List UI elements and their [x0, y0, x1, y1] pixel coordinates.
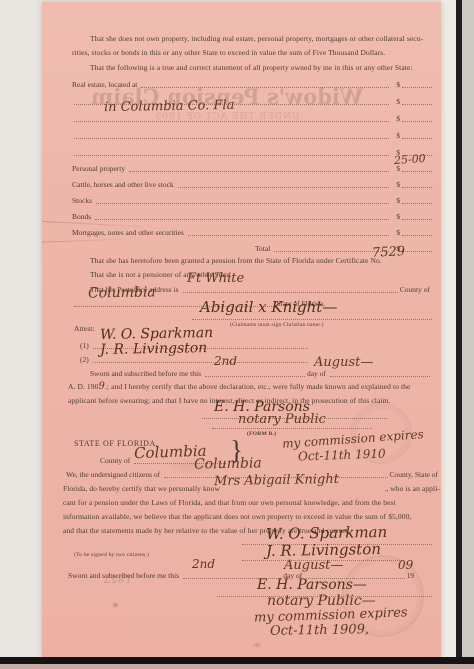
scan-background-right — [462, 0, 474, 669]
dollar-sign: $ — [391, 131, 402, 140]
dot-leader — [402, 249, 432, 252]
dot-leader — [74, 119, 389, 122]
row-label: Personal property — [72, 164, 127, 173]
day-of-label: day of — [307, 369, 328, 378]
dot-leader — [205, 374, 305, 377]
property-row-blank: $ — [72, 130, 432, 140]
dot-leader — [93, 360, 308, 363]
dot-leader — [330, 374, 430, 377]
dot-leader — [402, 119, 432, 122]
sworn-prefix: Sworn and subscribed before me this — [90, 369, 203, 378]
handwritten-location: in Columbia Co. Fla — [104, 98, 235, 115]
ad-prefix: A. D. 190 — [68, 382, 98, 391]
dollar-sign: $ — [391, 80, 402, 89]
citizens-suffix: County, State of — [390, 470, 440, 479]
handwritten-citizens-county: Columbia — [194, 455, 262, 472]
property-row-personal: Personal property $ — [72, 163, 432, 173]
dot-leader — [402, 136, 432, 139]
pension-form-page: Widow's Pension Claim UNDER THE ACT OF 1… — [42, 2, 441, 657]
ad-rest: .; and I hereby certify that the above d… — [105, 382, 411, 391]
county-of-label: County of — [400, 285, 432, 294]
row-label: Stocks — [72, 196, 94, 205]
dot-leader — [402, 233, 432, 236]
citizens-line-3: cant for a pension under the Laws of Flo… — [63, 498, 396, 507]
citizens-prefix: We, the undersigned citizens of — [66, 470, 162, 479]
handwritten-applicant-name: Mrs Abigail Knight — [214, 472, 339, 489]
handwritten-day: 2nd — [214, 354, 237, 368]
dot-leader — [402, 169, 432, 172]
intro-line-3: That the following is a true and correct… — [90, 63, 413, 72]
dot-leader — [402, 217, 432, 220]
granted-pension-line: That she has heretofore been granted a p… — [90, 256, 382, 265]
scan-bottom-strip — [0, 664, 474, 669]
handwritten-day-2: 2nd — [192, 557, 215, 571]
paper-stain — [112, 602, 119, 608]
notary-title-line — [212, 426, 372, 429]
dollar-sign: $ — [391, 212, 402, 221]
dot-leader — [74, 153, 389, 156]
handwritten-postoffice: Ft White — [187, 271, 244, 286]
notary-signature-2: E. H. Parsons— — [257, 577, 367, 593]
row-label: Bonds — [72, 212, 93, 221]
property-row-real-estate: Real estate, located at $ — [72, 79, 432, 89]
county-label: County of — [100, 456, 132, 465]
dot-leader — [95, 217, 389, 220]
dot-leader — [402, 185, 432, 188]
dollar-sign: $ — [391, 180, 402, 189]
two-citizens-note: (To be signed by two citizens.) — [74, 551, 149, 560]
handwritten-certificate-no: 7529 — [372, 244, 406, 261]
handwritten-month: August— — [314, 355, 373, 370]
signature-note: (Claimants must sign Christian name.) — [230, 321, 324, 330]
intro-line-1: That she does not own property, includin… — [90, 34, 423, 43]
row-label: Mortgages, notes and other securities — [72, 228, 186, 237]
handwritten-month-2: August— — [284, 558, 343, 573]
year-printed: 19 — [407, 571, 417, 580]
form-b-label: (FORM B.) — [247, 430, 276, 439]
dot-leader — [402, 201, 432, 204]
handwritten-county: Columbia — [88, 284, 156, 301]
paper-stain — [252, 642, 262, 648]
dot-leader — [129, 169, 389, 172]
property-row-blank: $ — [72, 147, 432, 157]
ad-line-1: A. D. 1909.; and I hereby certify that t… — [68, 382, 410, 391]
paper-edge-strip — [441, 0, 456, 669]
property-row-stocks: Stocks $ — [72, 195, 432, 205]
dot-leader — [183, 290, 398, 293]
row-label: Total — [255, 244, 272, 253]
dot-leader — [141, 85, 389, 88]
witness-number: (1) — [80, 341, 91, 350]
dollar-sign: $ — [391, 114, 402, 123]
intro-line-2: rities, stocks or bonds in this or any o… — [72, 48, 385, 57]
sworn-row-1: Sworn and subscribed before me this day … — [90, 368, 432, 378]
citizen-signature-2: J. R. Livingston — [266, 540, 381, 560]
dot-leader — [402, 102, 432, 105]
signature-line — [192, 317, 432, 320]
notary-title-1: notary Public — [238, 412, 326, 427]
property-row-total: Total $ — [255, 243, 432, 253]
scan-bottom-band — [0, 657, 474, 664]
commission-date-2: Oct-11th 1909, — [270, 622, 369, 639]
know-suffix: ., who is an appli- — [384, 484, 440, 493]
property-row-mortgages: Mortgages, notes and other securities $ — [72, 227, 432, 237]
dot-leader — [178, 185, 390, 188]
row-label: Real estate, located at — [72, 80, 139, 89]
row-label: Cattle, horses and other live stock — [72, 180, 176, 189]
property-row-cattle: Cattle, horses and other live stock $ — [72, 179, 432, 189]
dollar-sign: $ — [391, 97, 402, 106]
witness-signature-2: J. R. Livingston — [100, 340, 208, 358]
dot-leader — [74, 136, 389, 139]
handwritten-amount: 25-00 — [394, 152, 427, 167]
scanned-document-photo: Widow's Pension Claim UNDER THE ACT OF 1… — [0, 0, 474, 669]
citizens-line-4: information available, we believe that t… — [63, 512, 411, 521]
applicant-signature: Abigail x Knight— — [200, 298, 337, 316]
property-row-bonds: Bonds $ — [72, 211, 432, 221]
dollar-sign: $ — [391, 228, 402, 237]
dollar-sign: $ — [391, 196, 402, 205]
paper-crease — [42, 238, 132, 242]
sworn-prefix-2: Sworn and subscribed before me this — [68, 571, 181, 580]
handwritten-year-2: 09 — [398, 558, 413, 572]
know-prefix: Florida, do hereby certify that we perso… — [63, 484, 220, 493]
attest-label: Attest: — [74, 324, 95, 333]
witness-number: (2) — [80, 355, 91, 364]
dot-leader — [188, 233, 389, 236]
dot-leader — [402, 85, 432, 88]
dot-leader — [96, 201, 389, 204]
